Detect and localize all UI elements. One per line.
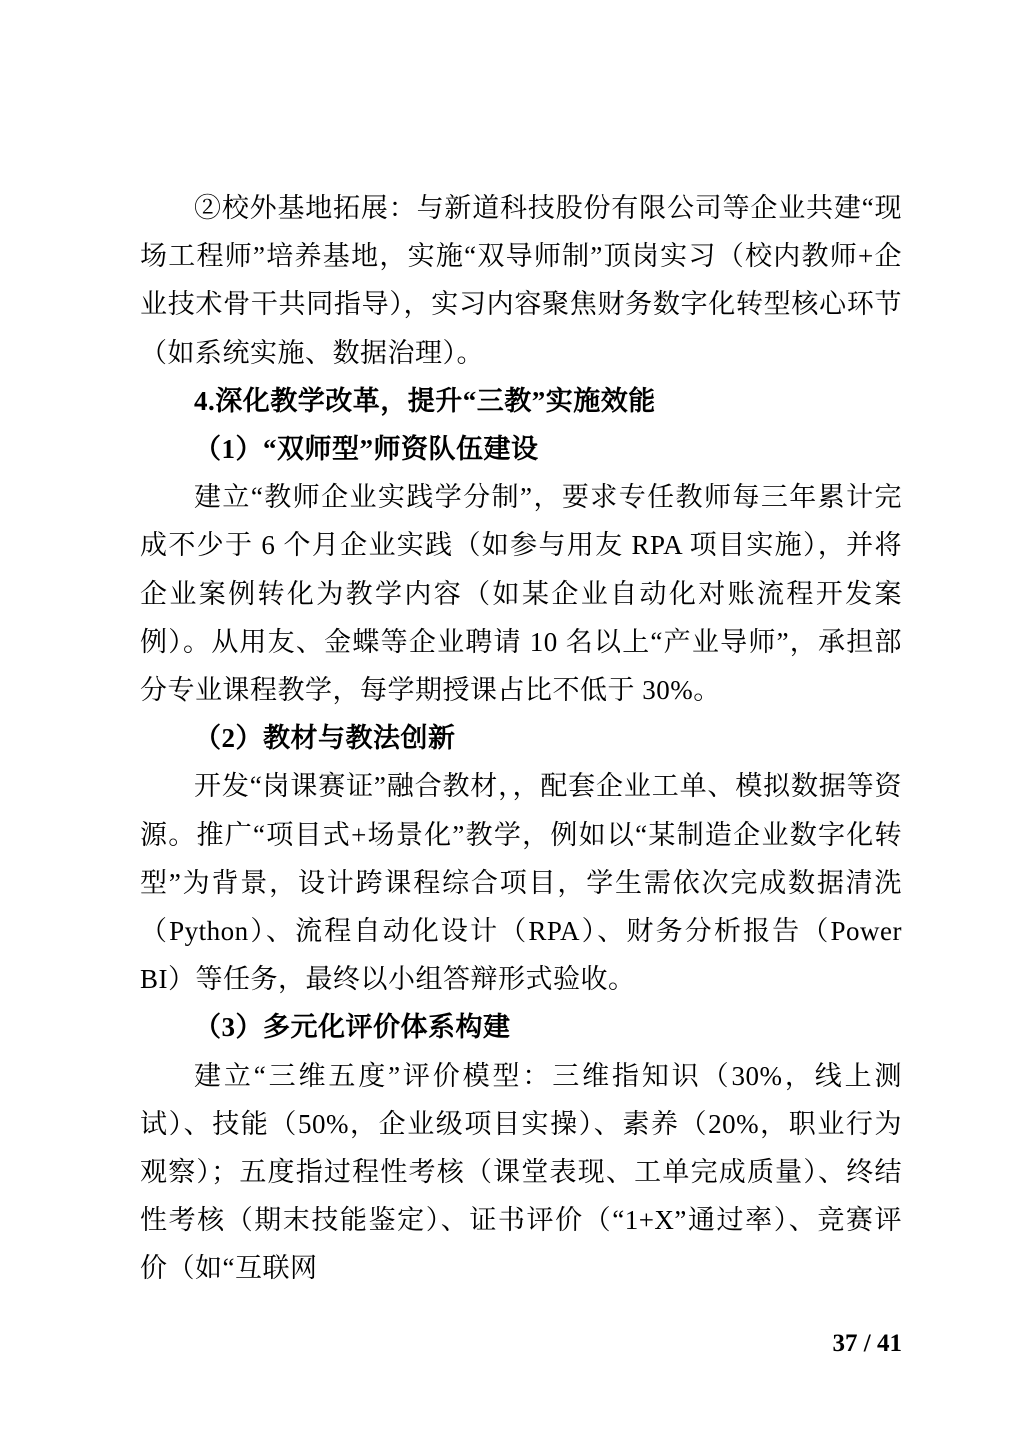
page-number: 37 / 41 bbox=[140, 1330, 902, 1358]
paragraph-campus-base-expansion: ②校外基地拓展：与新道科技股份有限公司等企业共建“现场工程师”培养基地，实施“双… bbox=[140, 184, 902, 377]
section-heading-4-teaching-reform: 4.深化教学改革，提升“三教”实施效能 bbox=[140, 377, 902, 425]
paragraph-evaluation-model: 建立“三维五度”评价模型：三维指知识（30%，线上测试）、技能（50%，企业级项… bbox=[140, 1052, 902, 1293]
subsection-heading-3-evaluation-system: （3）多元化评价体系构建 bbox=[140, 1003, 902, 1051]
document-content: ②校外基地拓展：与新道科技股份有限公司等企业共建“现场工程师”培养基地，实施“双… bbox=[140, 184, 902, 1293]
document-page: ②校外基地拓展：与新道科技股份有限公司等企业共建“现场工程师”培养基地，实施“双… bbox=[0, 0, 1024, 1448]
subsection-heading-1-teacher-team: （1）“双师型”师资队伍建设 bbox=[140, 425, 902, 473]
paragraph-teacher-practice-credit: 建立“教师企业实践学分制”，要求专任教师每三年累计完成不少于 6 个月企业实践（… bbox=[140, 473, 902, 714]
paragraph-integrated-textbooks: 开发“岗课赛证”融合教材，，配套企业工单、模拟数据等资源。推广“项目式+场景化”… bbox=[140, 762, 902, 1003]
subsection-heading-2-teaching-materials: （2）教材与教法创新 bbox=[140, 714, 902, 762]
